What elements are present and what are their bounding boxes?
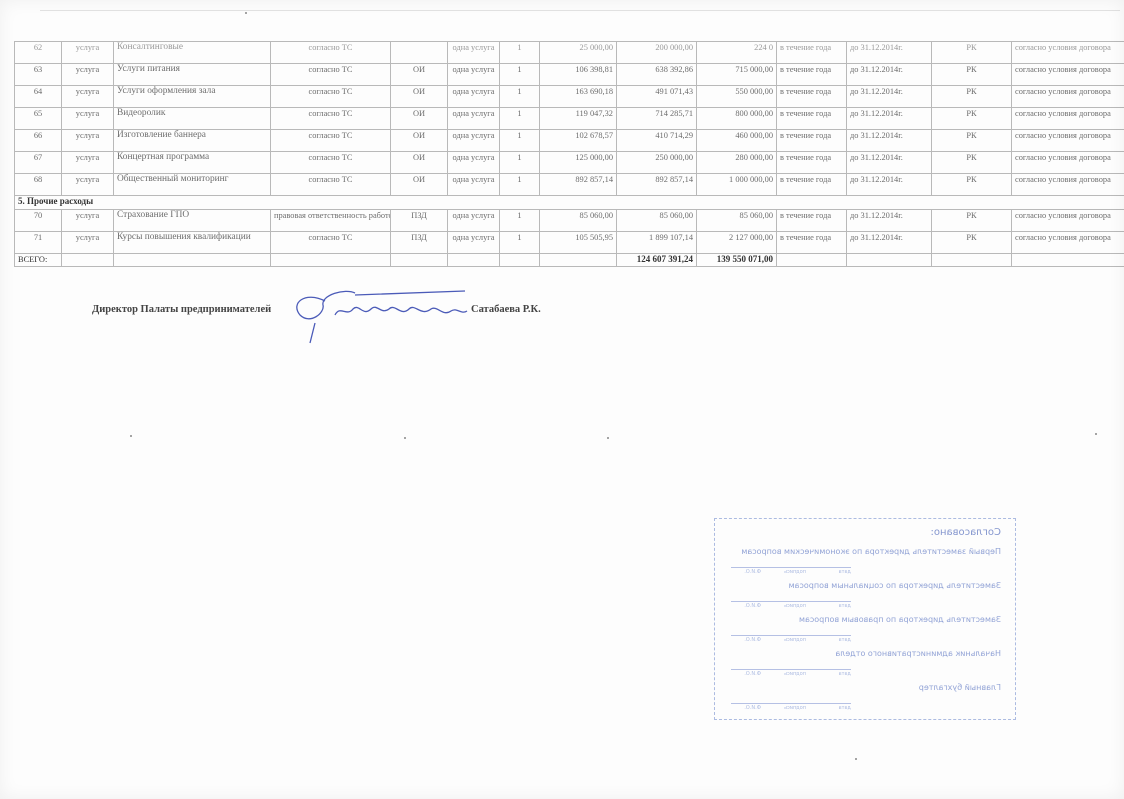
section-header-row: 5. Прочие расходы [15, 196, 1124, 210]
cell-delivery-term: в течение года [777, 130, 847, 152]
stamp-entry-label: Заместитель директора по правовым вопрос… [731, 615, 1001, 625]
cell-item-type: услуга [62, 174, 114, 196]
stamp-signature-line [731, 559, 851, 568]
empty-cell [391, 254, 448, 267]
cell-row-number: 66 [15, 130, 62, 152]
cell-delivery-term: в течение года [777, 108, 847, 130]
cell-item-name: Услуги оформления зала [114, 86, 271, 108]
cell-sum-with-vat: 2 127 000,00 [697, 232, 777, 254]
cell-sum-with-vat: 1 000 000,00 [697, 174, 777, 196]
empty-cell [540, 254, 617, 267]
cell-payment-terms: согласно условия договора [1012, 210, 1124, 232]
cell-unit-price: 85 060,00 [540, 210, 617, 232]
table-row: 66услугаИзготовление баннерасогласно ТСО… [15, 130, 1124, 152]
cell-item-type: услуга [62, 130, 114, 152]
cell-delivery-term: в течение года [777, 42, 847, 64]
cell-funding-source: ПЗД [391, 232, 448, 254]
cell-sum-with-vat: 550 000,00 [697, 86, 777, 108]
cell-quantity: 1 [500, 232, 540, 254]
cell-delivery-place: РК [932, 108, 1012, 130]
cell-specification: согласно ТС [271, 232, 391, 254]
cell-sum-without-vat: 250 000,00 [617, 152, 697, 174]
cell-sum-with-vat: 800 000,00 [697, 108, 777, 130]
stamp-entry: Заместитель директора по социальным вопр… [731, 581, 1001, 591]
signatory-name: Сатабаева Р.К. [471, 304, 541, 315]
table-row: 64услугаУслуги оформления заласогласно Т… [15, 86, 1124, 108]
stamp-sub-label: подпись [784, 705, 806, 711]
cell-deadline: до 31.12.2014г. [847, 108, 932, 130]
empty-cell [847, 254, 932, 267]
table-row: 70услугаСтрахование ГПОправовая ответств… [15, 210, 1124, 232]
stamp-sub-label: подпись [784, 603, 806, 609]
cell-row-number: 65 [15, 108, 62, 130]
cell-specification: согласно ТС [271, 130, 391, 152]
empty-cell [62, 254, 114, 267]
empty-cell [777, 254, 847, 267]
cell-row-number: 70 [15, 210, 62, 232]
cell-item-type: услуга [62, 42, 114, 64]
cell-specification: согласно ТС [271, 86, 391, 108]
cell-deadline: до 31.12.2014г. [847, 232, 932, 254]
cell-item-type: услуга [62, 108, 114, 130]
empty-cell [114, 254, 271, 267]
empty-cell [271, 254, 391, 267]
cell-unit: одна услуга [448, 64, 500, 86]
table-row: 63услугаУслуги питаниясогласно ТСОИодна … [15, 64, 1124, 86]
cell-sum-without-vat: 1 899 107,14 [617, 232, 697, 254]
cell-deadline: до 31.12.2014г. [847, 64, 932, 86]
stamp-entry: Первый заместитель директора по экономич… [731, 547, 1001, 557]
cell-item-name: Концертная программа [114, 152, 271, 174]
stamp-sub-label: подпись [784, 671, 806, 677]
stamp-sub-label: подпись [784, 637, 806, 643]
cell-unit-price: 106 398,81 [540, 64, 617, 86]
total-sum-with-vat: 139 550 071,00 [697, 254, 777, 267]
cell-specification: правовая ответственность работодателя [271, 210, 391, 232]
cell-sum-without-vat: 491 071,43 [617, 86, 697, 108]
cell-quantity: 1 [500, 86, 540, 108]
cell-delivery-term: в течение года [777, 64, 847, 86]
cell-delivery-term: в течение года [777, 152, 847, 174]
cell-quantity: 1 [500, 42, 540, 64]
cell-payment-terms: согласно условия договора [1012, 232, 1124, 254]
cell-deadline: до 31.12.2014г. [847, 86, 932, 108]
cell-funding-source: ОИ [391, 174, 448, 196]
cell-sum-without-vat: 410 714,29 [617, 130, 697, 152]
cell-item-type: услуга [62, 64, 114, 86]
empty-cell [448, 254, 500, 267]
total-label: ВСЕГО: [15, 254, 62, 267]
cell-payment-terms: согласно условия договора [1012, 86, 1124, 108]
stamp-sub-label: Ф.И.О. [744, 569, 761, 575]
cell-payment-terms: согласно условия договора [1012, 108, 1124, 130]
cell-item-name: Страхование ГПО [114, 210, 271, 232]
cell-row-number: 68 [15, 174, 62, 196]
cell-unit-price: 25 000,00 [540, 42, 617, 64]
cell-item-type: услуга [62, 86, 114, 108]
cell-row-number: 62 [15, 42, 62, 64]
cell-funding-source: ОИ [391, 108, 448, 130]
cell-item-type: услуга [62, 232, 114, 254]
cell-sum-with-vat: 85 060,00 [697, 210, 777, 232]
cell-quantity: 1 [500, 210, 540, 232]
scan-top-edge [40, 10, 1120, 11]
approval-stamp: Согласовано: Первый заместитель директор… [714, 518, 1016, 720]
cell-unit: одна услуга [448, 108, 500, 130]
cell-sum-without-vat: 714 285,71 [617, 108, 697, 130]
stamp-entry: Начальник административного отделадатапо… [731, 649, 1001, 659]
stamp-sub-label: дата [839, 637, 852, 643]
stamp-sub-label: Ф.И.О. [744, 637, 761, 643]
cell-deadline: до 31.12.2014г. [847, 210, 932, 232]
cell-sum-with-vat: 280 000,00 [697, 152, 777, 174]
table-row: 62услугаКонсалтинговыесогласно ТСодна ус… [15, 42, 1124, 64]
cell-quantity: 1 [500, 130, 540, 152]
cell-unit: одна услуга [448, 232, 500, 254]
cell-delivery-term: в течение года [777, 232, 847, 254]
cell-delivery-place: РК [932, 130, 1012, 152]
cell-delivery-place: РК [932, 174, 1012, 196]
cell-item-name: Видеоролик [114, 108, 271, 130]
stamp-entry: Заместитель директора по правовым вопрос… [731, 615, 1001, 625]
cell-deadline: до 31.12.2014г. [847, 152, 932, 174]
cell-sum-with-vat: 224 0 [697, 42, 777, 64]
cell-delivery-place: РК [932, 64, 1012, 86]
table-row: 65услугаВидеороликсогласно ТСОИодна услу… [15, 108, 1124, 130]
cell-specification: согласно ТС [271, 174, 391, 196]
cell-payment-terms: согласно условия договора [1012, 130, 1124, 152]
stamp-entry-label: Начальник административного отдела [731, 649, 1001, 659]
cell-item-name: Изготовление баннера [114, 130, 271, 152]
cell-item-name: Курсы повышения квалификации [114, 232, 271, 254]
stamp-header: Согласовано: [930, 527, 1001, 538]
cell-unit: одна услуга [448, 174, 500, 196]
handwritten-signature [285, 283, 475, 345]
cell-funding-source: ОИ [391, 86, 448, 108]
cell-deadline: до 31.12.2014г. [847, 130, 932, 152]
stamp-signature-line [731, 627, 851, 636]
stamp-sub-label: дата [839, 603, 852, 609]
cell-quantity: 1 [500, 174, 540, 196]
cell-delivery-place: РК [932, 42, 1012, 64]
cell-deadline: до 31.12.2014г. [847, 42, 932, 64]
stamp-sub-label: Ф.И.О. [744, 705, 761, 711]
cell-row-number: 64 [15, 86, 62, 108]
cell-unit-price: 125 000,00 [540, 152, 617, 174]
cell-row-number: 67 [15, 152, 62, 174]
cell-unit-price: 892 857,14 [540, 174, 617, 196]
cell-sum-with-vat: 715 000,00 [697, 64, 777, 86]
cell-payment-terms: согласно условия договора [1012, 42, 1124, 64]
cell-sum-without-vat: 200 000,00 [617, 42, 697, 64]
table-row: 71услугаКурсы повышения квалификациисогл… [15, 232, 1124, 254]
table-row: 67услугаКонцертная программасогласно ТСО… [15, 152, 1124, 174]
cell-specification: согласно ТС [271, 108, 391, 130]
stamp-signature-line [731, 695, 851, 704]
cell-unit-price: 163 690,18 [540, 86, 617, 108]
cell-unit: одна услуга [448, 86, 500, 108]
cell-delivery-term: в течение года [777, 210, 847, 232]
cell-delivery-place: РК [932, 232, 1012, 254]
cell-quantity: 1 [500, 152, 540, 174]
cell-delivery-place: РК [932, 152, 1012, 174]
cell-specification: согласно ТС [271, 152, 391, 174]
cell-item-name: Услуги питания [114, 64, 271, 86]
cell-sum-without-vat: 85 060,00 [617, 210, 697, 232]
stamp-signature-line [731, 593, 851, 602]
stamp-sub-label: Ф.И.О. [744, 671, 761, 677]
cell-unit-price: 105 505,95 [540, 232, 617, 254]
cell-unit-price: 102 678,57 [540, 130, 617, 152]
cell-row-number: 71 [15, 232, 62, 254]
section-title: 5. Прочие расходы [15, 196, 1124, 210]
stamp-sub-label: дата [839, 705, 852, 711]
cell-unit: одна услуга [448, 42, 500, 64]
cell-delivery-term: в течение года [777, 86, 847, 108]
cell-delivery-place: РК [932, 210, 1012, 232]
cell-unit-price: 119 047,32 [540, 108, 617, 130]
cell-delivery-place: РК [932, 86, 1012, 108]
cell-sum-with-vat: 460 000,00 [697, 130, 777, 152]
cell-item-name: Общественный мониторинг [114, 174, 271, 196]
cell-specification: согласно ТС [271, 42, 391, 64]
cell-quantity: 1 [500, 108, 540, 130]
cell-funding-source [391, 42, 448, 64]
cell-deadline: до 31.12.2014г. [847, 174, 932, 196]
cell-funding-source: ОИ [391, 152, 448, 174]
cell-funding-source: ОИ [391, 64, 448, 86]
cell-payment-terms: согласно условия договора [1012, 152, 1124, 174]
empty-cell [500, 254, 540, 267]
cell-payment-terms: согласно условия договора [1012, 174, 1124, 196]
stamp-signature-line [731, 661, 851, 670]
stamp-entry: Главный бухгалтердатаподписьФ.И.О. [731, 683, 1001, 693]
cell-specification: согласно ТС [271, 64, 391, 86]
stamp-sub-label: дата [839, 671, 852, 677]
cell-unit: одна услуга [448, 152, 500, 174]
empty-cell [932, 254, 1012, 267]
stamp-entry-label: Первый заместитель директора по экономич… [731, 547, 1001, 557]
procurement-table: 62услугаКонсалтинговыесогласно ТСодна ус… [14, 41, 1124, 267]
cell-sum-without-vat: 892 857,14 [617, 174, 697, 196]
stamp-entry-label: Заместитель директора по социальным вопр… [731, 581, 1001, 591]
table-row: 68услугаОбщественный мониторингсогласно … [15, 174, 1124, 196]
cell-item-name: Консалтинговые [114, 42, 271, 64]
cell-item-type: услуга [62, 152, 114, 174]
cell-row-number: 63 [15, 64, 62, 86]
cell-quantity: 1 [500, 64, 540, 86]
stamp-sub-label: дата [839, 569, 852, 575]
cell-unit: одна услуга [448, 130, 500, 152]
total-sum-without-vat: 124 607 391,24 [617, 254, 697, 267]
stamp-sub-label: подпись [784, 569, 806, 575]
cell-sum-without-vat: 638 392,86 [617, 64, 697, 86]
cell-item-type: услуга [62, 210, 114, 232]
cell-unit: одна услуга [448, 210, 500, 232]
cell-funding-source: ПЗД [391, 210, 448, 232]
signatory-title: Директор Палаты предпринимателей [92, 304, 271, 315]
stamp-sub-label: Ф.И.О. [744, 603, 761, 609]
cell-delivery-term: в течение года [777, 174, 847, 196]
cell-payment-terms: согласно условия договора [1012, 64, 1124, 86]
stamp-entry-label: Главный бухгалтер [731, 683, 1001, 693]
total-row: ВСЕГО:124 607 391,24139 550 071,00 [15, 254, 1124, 267]
empty-cell [1012, 254, 1124, 267]
cell-funding-source: ОИ [391, 130, 448, 152]
